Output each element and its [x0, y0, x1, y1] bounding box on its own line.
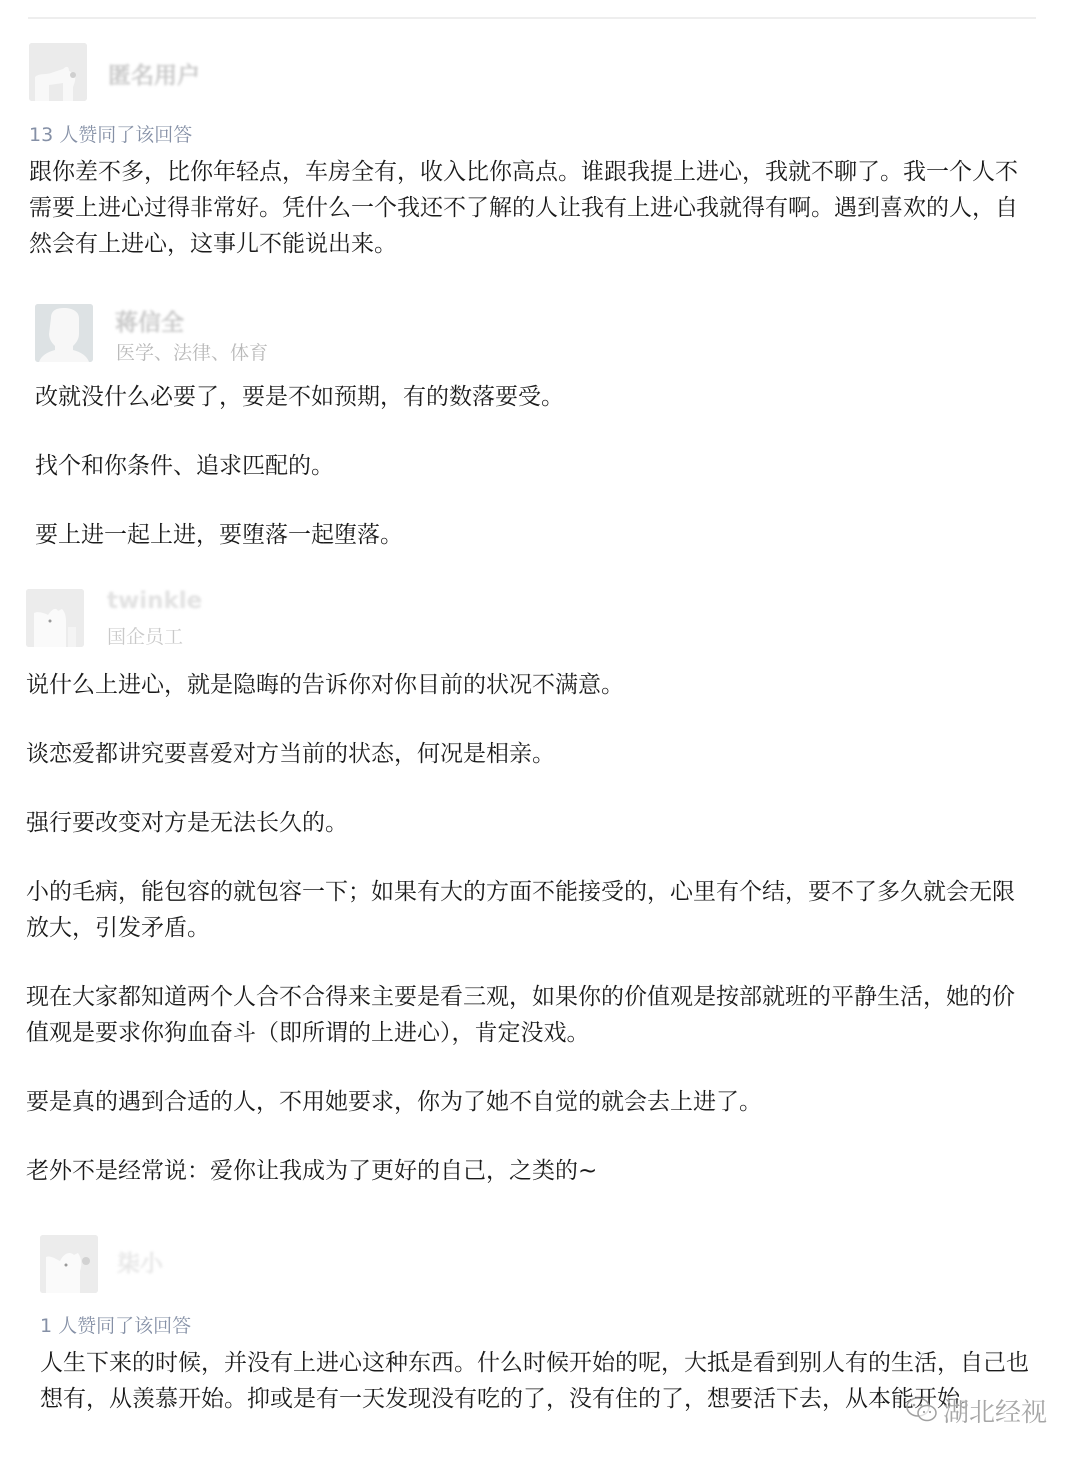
author-headline: 国企员工 [107, 622, 183, 649]
answer-paragraph: 现在大家都知道两个人合不合得来主要是看三观，如果你的价值观是按部就班的平静生活，… [26, 979, 1036, 1051]
author-name[interactable]: 蒋信全 [115, 304, 184, 337]
top-divider [28, 17, 1036, 19]
answer-paragraph: 跟你差不多，比你年轻点，车房全有，收入比你高点。谁跟我提上进心，我就不聊了。我一… [29, 154, 1039, 262]
answer-paragraph: 要是真的遇到合适的人，不用她要求，你为了她不自觉的就会去上进了。 [26, 1084, 1036, 1120]
vote-count: 1 人赞同了该回答 [40, 1311, 191, 1338]
vote-count: 13 人赞同了该回答 [29, 120, 192, 147]
author-name[interactable]: 匿名用户 [108, 57, 200, 90]
answer-content: 人生下来的时候，并没有上进心这种东西。什么时候开始的呢，大抵是看到别人有的生活，… [40, 1345, 1035, 1417]
watermark: 湖北经视 [905, 1392, 1047, 1428]
answer-paragraph: 找个和你条件、追求匹配的。 [35, 448, 1045, 484]
answer-paragraph: 人生下来的时候，并没有上进心这种东西。什么时候开始的呢，大抵是看到别人有的生活，… [40, 1345, 1035, 1417]
author-name[interactable]: twinkle [107, 588, 202, 614]
anonymous-avatar-icon[interactable] [29, 43, 87, 101]
cat-avatar-icon[interactable] [26, 589, 84, 647]
answer-content: 跟你差不多，比你年轻点，车房全有，收入比你高点。谁跟我提上进心，我就不聊了。我一… [29, 154, 1039, 262]
default-user-avatar-icon[interactable] [35, 304, 93, 362]
answer-paragraph: 小的毛病，能包容的就包容一下；如果有大的方面不能接受的，心里有个结，要不了多久就… [26, 874, 1036, 946]
answer-content: 说什么上进心，就是隐晦的告诉你对你目前的状况不满意。 谈恋爱都讲究要喜爱对方当前… [26, 667, 1036, 1189]
author-name[interactable]: 柒小 [117, 1245, 163, 1278]
answer-content: 改就没什么必要了，要是不如预期，有的数落要受。 找个和你条件、追求匹配的。 要上… [35, 379, 1045, 553]
answer-paragraph: 谈恋爱都讲究要喜爱对方当前的状态，何况是相亲。 [26, 736, 1036, 772]
wechat-icon [905, 1395, 939, 1425]
answer-paragraph: 老外不是经常说：爱你让我成为了更好的自己，之类的~ [26, 1153, 1036, 1189]
cat-avatar-icon[interactable] [40, 1235, 98, 1293]
answer-paragraph: 说什么上进心，就是隐晦的告诉你对你目前的状况不满意。 [26, 667, 1036, 703]
answer-paragraph: 强行要改变对方是无法长久的。 [26, 805, 1036, 841]
answer-paragraph: 要上进一起上进，要堕落一起堕落。 [35, 517, 1045, 553]
answer-paragraph: 改就没什么必要了，要是不如预期，有的数落要受。 [35, 379, 1045, 415]
watermark-text: 湖北经视 [943, 1392, 1047, 1429]
author-headline: 医学、法律、体育 [116, 338, 268, 365]
